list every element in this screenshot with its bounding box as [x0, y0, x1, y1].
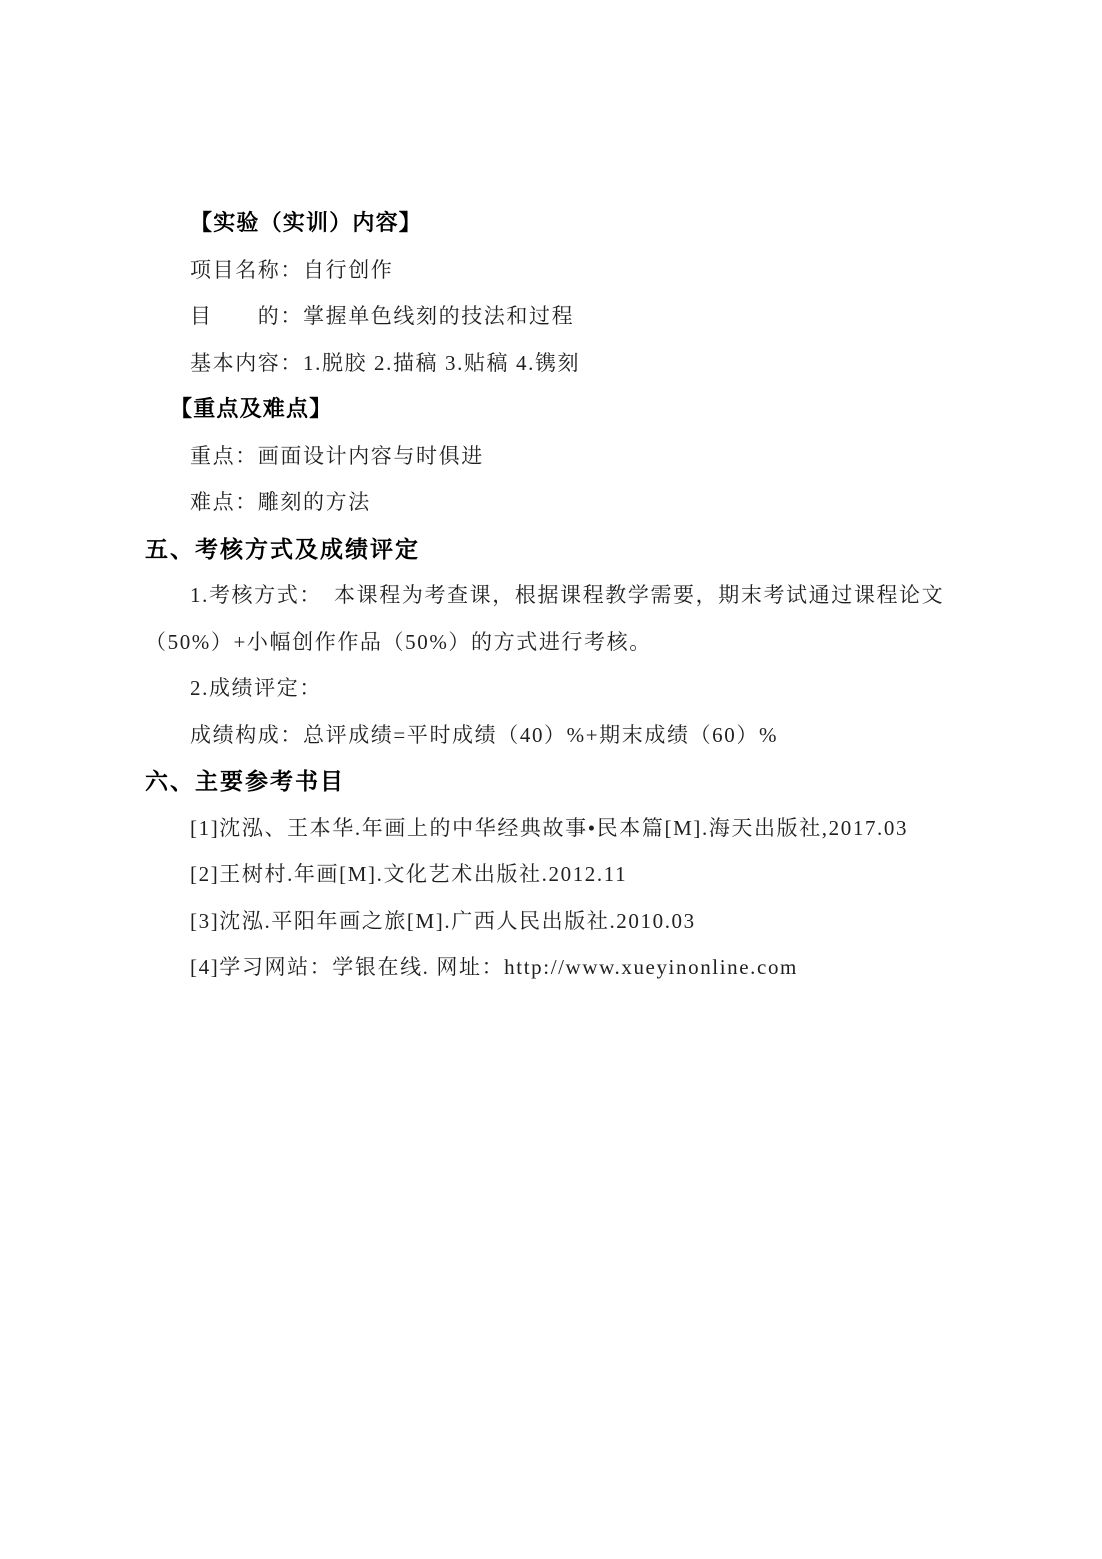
- key-point-line: 重点：画面设计内容与时俱进: [145, 433, 959, 480]
- reference-item-2: [2]王树村.年画[M].文化艺术出版社.2012.11: [145, 851, 959, 898]
- section-5-heading: 五、考核方式及成绩评定: [145, 526, 959, 573]
- key-points-heading: 【重点及难点】: [145, 386, 959, 433]
- document-page: 【实验（实训）内容】 项目名称：自行创作 目 的：掌握单色线刻的技法和过程 基本…: [0, 0, 1102, 1559]
- grading-label-line: 2.成绩评定：: [145, 665, 959, 712]
- assessment-method-line-2: （50%）+小幅创作作品（50%）的方式进行考核。: [145, 619, 959, 666]
- basic-content-line: 基本内容：1.脱胶 2.描稿 3.贴稿 4.镌刻: [145, 340, 959, 387]
- project-name-line: 项目名称：自行创作: [145, 247, 959, 294]
- difficulty-line: 难点：雕刻的方法: [145, 479, 959, 526]
- reference-item-1: [1]沈泓、王本华.年画上的中华经典故事•民本篇[M].海天出版社,2017.0…: [145, 805, 959, 852]
- purpose-line: 目 的：掌握单色线刻的技法和过程: [145, 293, 959, 340]
- assessment-method-line-1: 1.考核方式： 本课程为考查课，根据课程教学需要，期末考试通过课程论文: [145, 572, 959, 619]
- grade-composition-line: 成绩构成：总评成绩=平时成绩（40）%+期末成绩（60）%: [145, 712, 959, 759]
- reference-item-3: [3]沈泓.平阳年画之旅[M].广西人民出版社.2010.03: [145, 898, 959, 945]
- experiment-content-heading: 【实验（实训）内容】: [145, 200, 959, 247]
- section-6-heading: 六、主要参考书目: [145, 758, 959, 805]
- reference-item-4: [4]学习网站：学银在线. 网址：http://www.xueyinonline…: [145, 944, 959, 991]
- document-content: 【实验（实训）内容】 项目名称：自行创作 目 的：掌握单色线刻的技法和过程 基本…: [145, 200, 959, 991]
